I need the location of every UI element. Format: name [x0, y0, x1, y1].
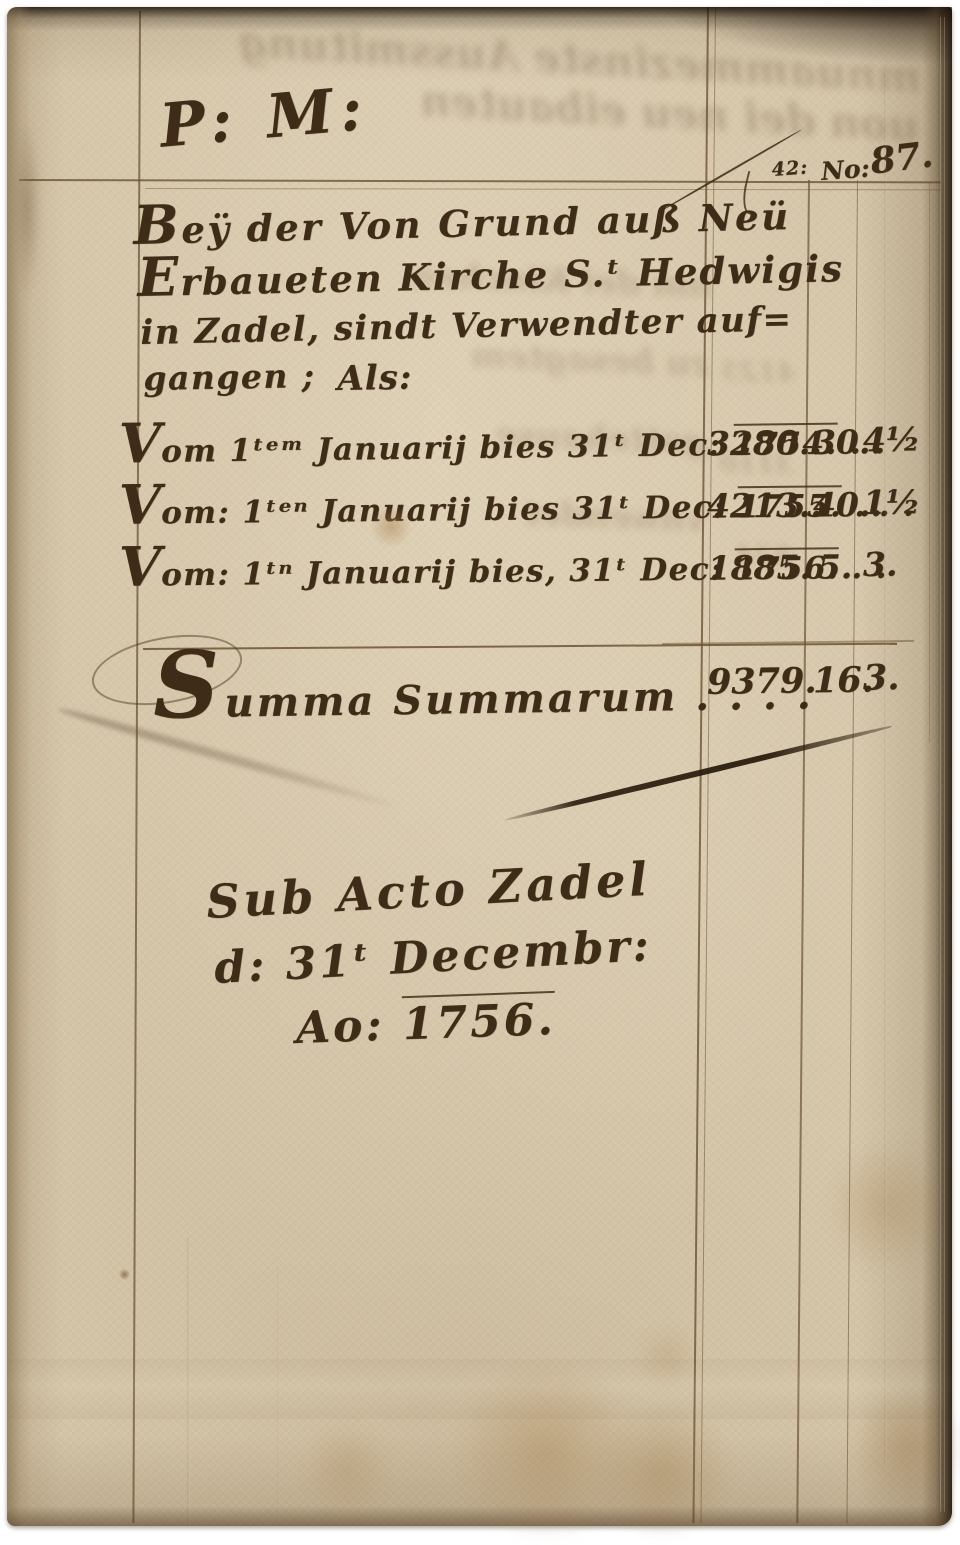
stain: [632, 1327, 702, 1387]
stain: [119, 1269, 130, 1280]
header-rule-secondary: [145, 188, 941, 191]
header-rule-main: [19, 179, 941, 183]
column-line-pfennig: [846, 180, 858, 1523]
footer-line-3: Ao: 1756.: [295, 994, 556, 1054]
book-fore-edge-pages: [940, 17, 948, 1512]
footer-line-1: Sub Acto Zadel: [205, 852, 652, 929]
entry-amount-pfennig: 1½: [863, 482, 915, 522]
entry-amount-pfennig: 3.: [863, 544, 915, 584]
paper-fold-band: [7, 1359, 952, 1419]
paper-crease: [187, 1237, 190, 1527]
entry-row: Vom: 1ᵗⁿ Januarij bies, 31ᵗ Dec: 1756. .…: [7, 538, 953, 610]
als-label: Als:: [337, 358, 413, 399]
entry-prefix: Vom: 1ᵗᵉⁿ Januarij bies 31ᵗ Dec:: [119, 489, 738, 531]
title-line-1: Beÿ der Von Grund auß Neü: [133, 194, 791, 253]
title-line-4: gangen ;: [143, 356, 316, 398]
entry-amount-thaler: 3280..: [707, 423, 811, 463]
paper-crease: [884, 67, 887, 1467]
page-edge-left: [7, 7, 31, 1526]
entry-amount-groschen: 5.: [813, 547, 857, 586]
paper-crease: [277, 1267, 279, 1527]
summa-amount-pfennig: 3.: [863, 657, 916, 699]
footer-line-3-year: 1756.: [402, 991, 557, 1050]
footer-line-3-prefix: Ao:: [295, 999, 404, 1054]
summa-row: Summa Summarum . . . . 9379. 16. 3.: [7, 648, 953, 731]
page-edge-bottom: [7, 1506, 952, 1526]
paper-sheet: mnuammezinste Aussmitung uon dei neu eib…: [7, 7, 952, 1526]
summa-rule-main: [143, 643, 897, 650]
summa-amount-groschen: 16.: [813, 660, 858, 702]
folio-ref-small: 42:: [771, 156, 809, 180]
pm-heading: P: M:: [157, 74, 372, 162]
entry-amount-thaler: 4213..: [707, 486, 811, 526]
footer-line-2: d: 31ᵗ Decembr:: [213, 920, 653, 994]
entry-prefix: Vom 1ᵗᵉᵐ Januarij bies 31ᵗ Dec:: [119, 427, 734, 471]
entry-amount-groschen: 30..: [813, 422, 857, 462]
entry-prefix: Vom: 1ᵗⁿ Januarij bies, 31ᵗ Dec:: [119, 551, 735, 593]
title-line-2: Erbaueten Kirche S.ᵗ Hedwigis: [137, 246, 844, 305]
summa-amount-thaler: 9379.: [707, 660, 812, 702]
page-edge-top-right-shadow: [652, 7, 952, 63]
manuscript-scan: mnuammezinste Aussmitung uon dei neu eib…: [0, 0, 960, 1545]
folio-number-label: No:: [820, 154, 871, 186]
entry-amount-thaler: 1885.: [707, 548, 811, 588]
stain: [297, 1427, 397, 1512]
entry-amount-pfennig: 4½: [863, 420, 915, 460]
entry-amount-groschen: 40..: [813, 485, 857, 524]
column-line-groschen: [796, 180, 809, 1523]
